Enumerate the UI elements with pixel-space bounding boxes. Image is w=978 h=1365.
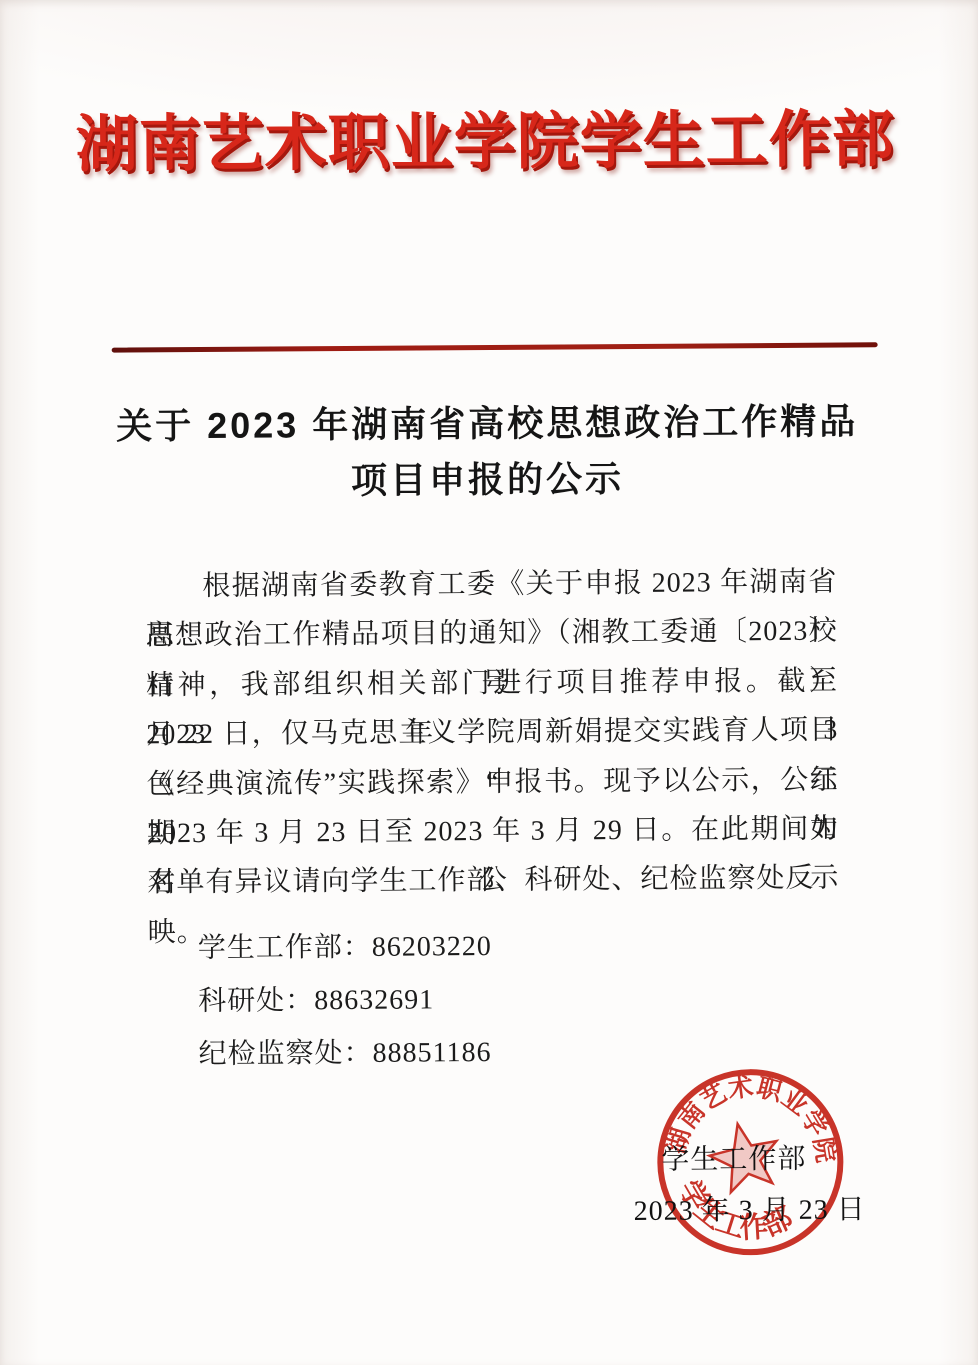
notice-title: 关于 2023 年湖南省高校思想政治工作精品 项目申报的公示 [0, 393, 977, 512]
contact-line-student-affairs: 学生工作部：86203220 [148, 918, 840, 976]
seal-ring-char: 术 [726, 1073, 755, 1104]
body-line: 根据湖南省委教育工委《关于申报 2023 年湖南省高校 [145, 558, 837, 612]
signature-department: 学生工作部 [661, 1137, 806, 1178]
body-line: 思想政治工作精品项目的通知》（湘教工委通〔2023〕11 号） [145, 607, 837, 661]
notice-title-line2: 项目申报的公示 [0, 449, 977, 512]
scanned-notice-page: 湖南艺术职业学院学生工作部 关于 2023 年湖南省高校思想政治工作精品 项目申… [0, 0, 978, 1365]
body-line: 2023 年 3 月 23 日至 2023 年 3 月 29 日。在此期间如对公… [147, 805, 839, 859]
letterhead-divider-rule [112, 342, 878, 352]
notice-body: 根据湖南省委教育工委《关于申报 2023 年湖南省高校 思想政治工作精品项目的通… [145, 558, 839, 909]
body-line: 色经典演流传”实践探索》申报书。现予以公示，公示期为 [147, 755, 839, 809]
body-line: 精神，我部组织相关部门进行项目推荐申报。截至 2023 年 3 [146, 656, 838, 710]
seal-ring-char: 院 [808, 1135, 840, 1164]
notice-title-line1: 关于 2023 年湖南省高校思想政治工作精品 [0, 393, 976, 456]
signature-date: 2023 年 3 月 23 日 [634, 1187, 866, 1229]
body-line: 名单有异议请向学生工作部、科研处、纪检监察处反映。 [147, 854, 839, 908]
body-line: 月 22 日，仅马克思主义学院周新娟提交实践育人项目《“红 [146, 706, 838, 760]
scan-tilt-wrapper: 湖南艺术职业学院学生工作部 关于 2023 年湖南省高校思想政治工作精品 项目申… [0, 0, 978, 1365]
contact-line-research-office: 科研处：88632691 [148, 971, 840, 1029]
letterhead-title: 湖南艺术职业学院学生工作部 [0, 89, 974, 185]
contact-list: 学生工作部：86203220 科研处：88632691 纪检监察处：888511… [148, 918, 841, 1082]
